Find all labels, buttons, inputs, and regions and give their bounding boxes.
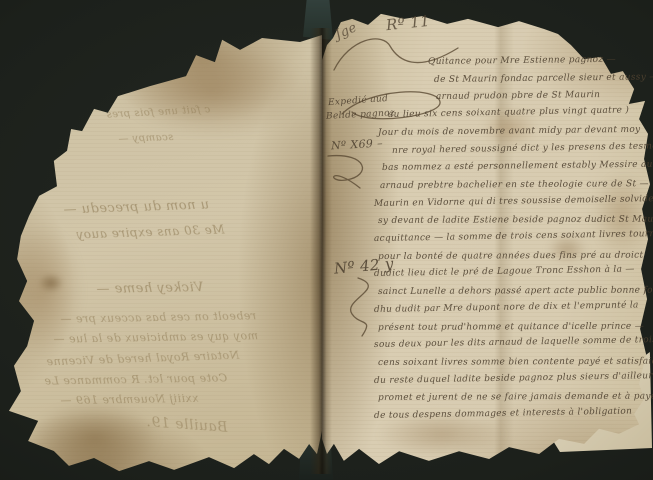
stain	[30, 400, 160, 475]
manuscript-text-block: Quitance pour Mre Estienne pagnoz — de S…	[372, 54, 648, 426]
manuscript-line: Quitance pour Mre Estienne pagnoz —	[428, 51, 648, 71]
bleedthrough-line: Notaire Royal hered de Vicenne	[46, 349, 240, 369]
manuscript-line: de tous despens dommages et interests à …	[374, 403, 648, 425]
manuscript-line: bas nommez a esté personnellement establ…	[382, 157, 648, 178]
manuscript-scan: c fait une fois pres scampy — u nom du p…	[0, 0, 653, 480]
bleedthrough-signature: Bauille 19.	[146, 414, 229, 436]
bleedthrough-line: Me 30 ans expire auoy	[76, 222, 225, 241]
manuscript-line: acquittance — la somme de trois cens soi…	[374, 226, 648, 248]
bleedthrough-line: moy quy es ambicieux de la lue —	[53, 329, 258, 346]
bleedthrough-line: rebeolt on ces bas acceux pre —	[60, 309, 256, 325]
stain	[38, 273, 64, 293]
manuscript-line: sous deux pour les dits arnaud de laquel…	[374, 332, 648, 354]
bleedthrough-line: xxiiij Nouembre 169 —	[60, 392, 199, 407]
manuscript-line: dudict lieu dict le pré de Lagoue Tronc …	[374, 262, 648, 284]
bleedthrough-line: Vickey heme —	[96, 280, 204, 297]
bleedthrough-line: Cote pour lct. R commance Le	[44, 371, 227, 387]
manuscript-line: dhu dudit par Mre dupont nore de dix et …	[374, 297, 648, 319]
margin-paraph	[320, 150, 375, 195]
left-page: c fait une fois pres scampy — u nom du p…	[8, 35, 322, 472]
bleedthrough-line: scampy —	[118, 132, 174, 145]
bleedthrough-line: c fait une fois pres	[106, 104, 211, 120]
bleedthrough-line: u nom du precedu —	[63, 197, 209, 217]
binding-cloth-top	[303, 0, 333, 40]
stain	[118, 43, 308, 138]
